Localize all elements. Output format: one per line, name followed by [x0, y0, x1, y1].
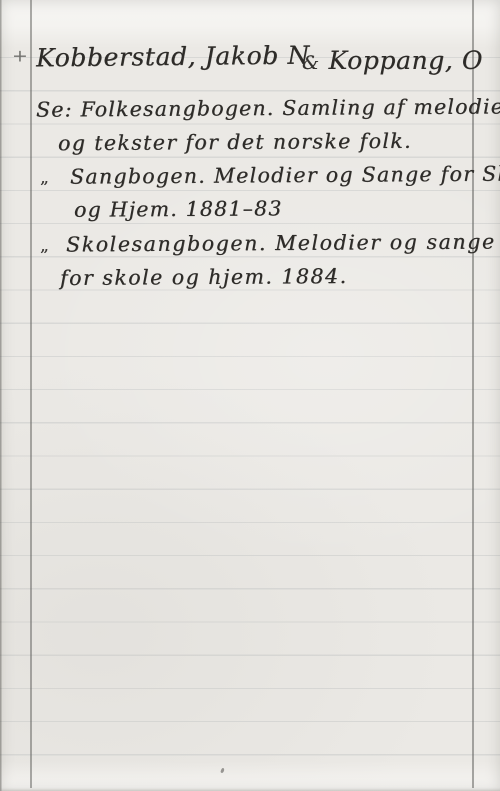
manuscript-line: Se: Folkesangbogen. Samling af melodier [36, 94, 500, 121]
author-secondary-group: &Koppang, O [302, 46, 483, 75]
ditto-mark: „ [40, 236, 49, 256]
manuscript-line: for skole og hjem. 1884. [60, 264, 348, 290]
scanned-page: + Kobberstad, Jakob N &Koppang, O Se: Fo… [0, 0, 500, 791]
margin-plus-mark: + [12, 46, 28, 66]
manuscript-line: Skolesangbogen. Melodier og sange [66, 230, 496, 257]
author-primary: Kobberstad, Jakob N [36, 41, 310, 73]
manuscript-line: Sangbogen. Melodier og Sange for Skole [70, 161, 500, 188]
manuscript-line: og Hjem. 1881–83 [74, 196, 283, 221]
ink-speck [220, 768, 225, 774]
scan-left-edge [0, 0, 2, 791]
author-joiner: & [302, 52, 320, 74]
author-secondary: Koppang, O [329, 46, 483, 75]
manuscript-line: og tekster for det norske folk. [58, 129, 412, 155]
margin-rule-left [30, 0, 32, 788]
ditto-mark: „ [40, 168, 49, 188]
